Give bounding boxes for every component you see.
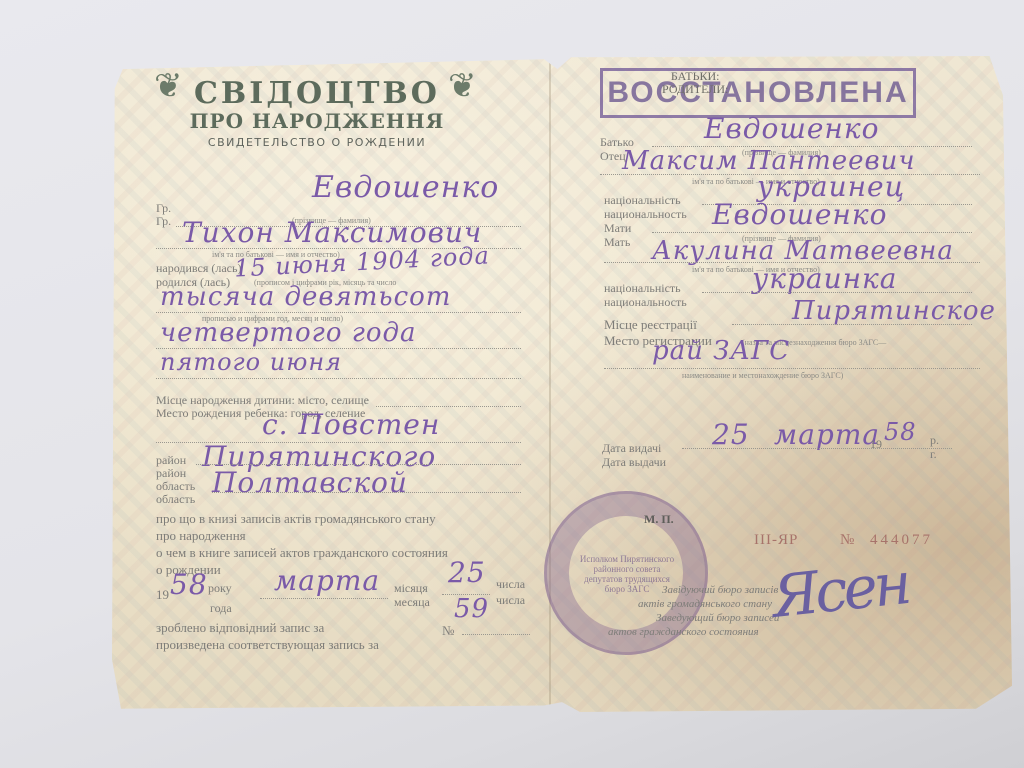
record-text-uk-2: про народження (156, 529, 246, 542)
record-day: 25 (448, 556, 486, 589)
mp-label: М. П. (644, 512, 674, 527)
mother-nationality: украинка (752, 262, 897, 295)
year-label-uk: року (208, 582, 232, 595)
mother-label-uk: Мати (604, 222, 631, 235)
regplace-line-2 (604, 368, 980, 369)
born-label-uk: народився (лась) (156, 262, 241, 275)
region-line (212, 492, 521, 493)
day-label-ru: числа (496, 594, 525, 607)
birthplace-line-1 (376, 406, 521, 407)
year-prefix: 19 (156, 588, 169, 601)
regplace-line-1 (732, 324, 972, 325)
father-nationality-label-uk: національність (604, 194, 681, 207)
left-page: ❦ ❦ СВІДОЦТВО ПРО НАРОДЖЕННЯ СВИДЕТЕЛЬСТ… (112, 56, 549, 712)
record-text-ru-1: о чем в книге записей актов гражданского… (156, 546, 448, 559)
head-title-uk-1: Завідуючий бюро записів (662, 584, 778, 597)
year-label-ru: года (210, 602, 232, 615)
entry-text-uk: зроблено відповідний запис за (156, 621, 324, 634)
issue-label-uk: Дата видачі (602, 442, 661, 455)
region-value: Полтавской (212, 466, 408, 499)
year-suffix-uk: р. (930, 434, 939, 447)
issue-date-line (682, 448, 952, 449)
day-label-uk: числа (496, 578, 525, 591)
certificate-title: СВІДОЦТВО ПРО НАРОДЖЕННЯ СВИДЕТЕЛЬСТВО О… (152, 78, 482, 149)
birth-certificate: ❦ ❦ СВІДОЦТВО ПРО НАРОДЖЕННЯ СВИДЕТЕЛЬСТ… (112, 56, 1012, 712)
year-suffix-ru: г. (930, 448, 937, 461)
restored-stamp: ВОССТАНОВЛЕНА (600, 68, 916, 118)
birth-date-words-1: тысяча девятьсот (160, 282, 451, 312)
reg-place-2: рай ЗАГС (652, 336, 790, 366)
regplace-hint-ru: наименование и местонахождение бюро ЗАГС… (682, 371, 843, 380)
father-nationality-label-ru: национальность (604, 208, 687, 221)
birth-date-words-2: четвертого года (160, 318, 417, 348)
mother-surname: Евдошенко (712, 198, 887, 231)
reg-place-1: Пирятинское (792, 296, 996, 326)
issue-month: марта (774, 418, 880, 451)
serial-number: 444077 (870, 532, 933, 549)
entry-text-ru: произведена соответствующая запись за (156, 638, 379, 651)
born-line-3 (156, 378, 521, 379)
issue-year: 58 (884, 418, 917, 446)
serial-series: III-ЯР (754, 532, 798, 549)
child-surname: Евдошенко (312, 170, 499, 205)
head-title-uk-2: актів громадянського стану (638, 598, 772, 611)
head-title-ru-1: Заведующий бюро записей (656, 612, 779, 625)
month-label-ru: месяца (394, 596, 430, 609)
record-year: 58 (170, 568, 208, 601)
regplace-label-uk: Місце реєстрації (604, 318, 697, 331)
gr-label-ru: Гр. (156, 215, 171, 228)
born-line-1 (156, 312, 521, 313)
parents-heading: БАТЬКИ: РОДИТЕЛИ: (662, 70, 728, 96)
head-title-ru-2: актов гражданского состояния (608, 626, 759, 639)
record-month-line (260, 598, 388, 599)
birth-date-words-3: пятого июня (160, 348, 342, 376)
record-number: 59 (454, 594, 489, 624)
issue-year-prefix: 19 (870, 438, 882, 451)
record-text-uk-1: про що в книзі записів актів громадянськ… (156, 512, 436, 525)
mother-nationality-label-ru: национальность (604, 296, 687, 309)
mother-nationality-line (702, 292, 972, 293)
mother-surname-line (652, 232, 972, 233)
record-month: марта (274, 564, 380, 597)
district-line (196, 464, 521, 465)
title-main: СВІДОЦТВО (152, 78, 482, 110)
father-surname: Евдошенко (704, 112, 879, 145)
signature: Ясен (769, 549, 911, 631)
issue-label-ru: Дата выдачи (602, 456, 666, 469)
title-sub: ПРО НАРОДЖЕННЯ (152, 110, 482, 132)
mother-nationality-label-uk: національність (604, 282, 681, 295)
center-fold (549, 56, 551, 712)
record-number-line (462, 634, 530, 635)
serial-number-sign: № (840, 532, 855, 549)
number-sign: № (442, 624, 454, 637)
right-page: ВОССТАНОВЛЕНА БАТЬКИ: РОДИТЕЛИ: Батько О… (552, 56, 1012, 712)
title-ru: СВИДЕТЕЛЬСТВО О РОЖДЕНИИ (152, 136, 482, 149)
parents-heading-ru: РОДИТЕЛИ: (662, 83, 728, 96)
region-label-ru: область (156, 493, 195, 506)
month-label-uk: місяця (394, 582, 428, 595)
mother-label-ru: Мать (604, 236, 630, 249)
issue-day: 25 (712, 418, 750, 451)
birthplace-value: с. Повстен (262, 408, 440, 441)
